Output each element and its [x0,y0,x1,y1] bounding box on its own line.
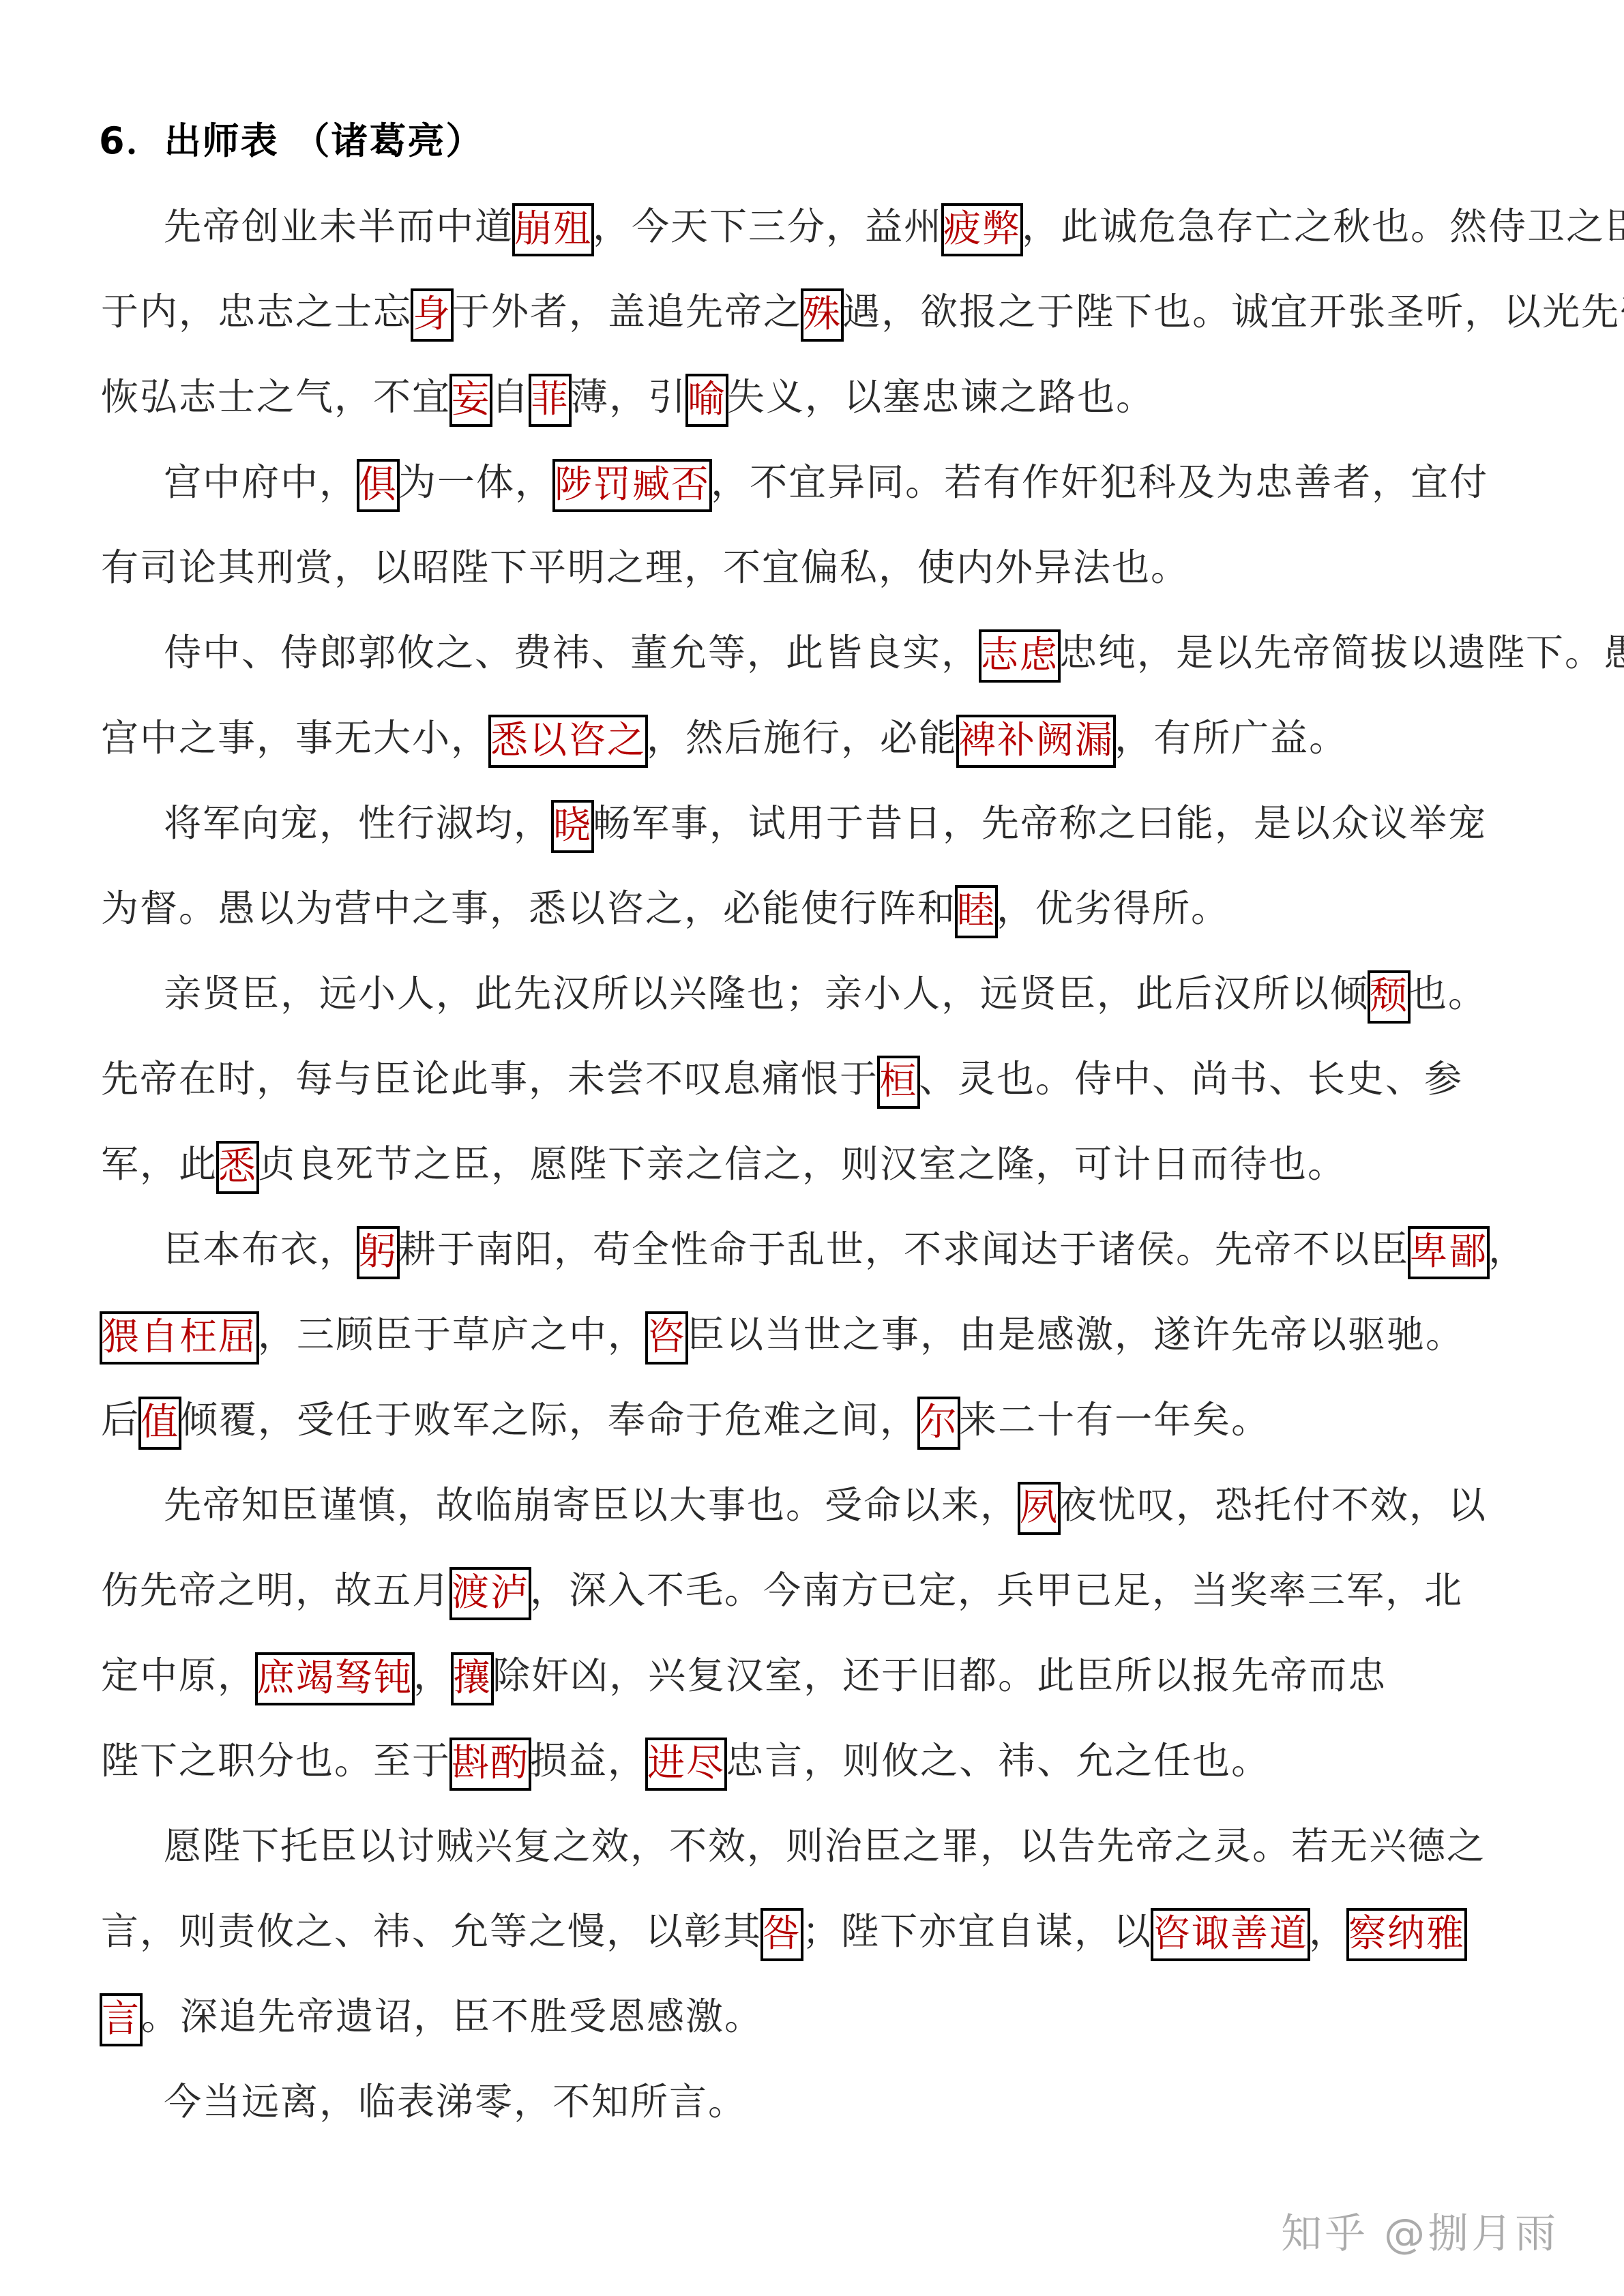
text-segment: 为督。愚以为营中之事，悉以咨之，必能使行阵和 [101,886,956,930]
text-segment: 于内，忠志之士忘 [101,290,412,333]
text-line: 亲贤臣，远小人，此先汉所以兴隆也；亲小人，远贤臣，此后汉所以倾颓也。 [164,966,1487,1021]
highlighted-term: 陟罚臧否 [554,460,711,511]
text-segment: 臣以当世之事，由是感激，遂许先帝以驱驰。 [687,1313,1464,1356]
text-line: 有司论其刑赏，以昭陛下平明之理，不宜偏私，使内外异法也。 [101,540,1190,595]
text-segment: 恢弘志士之气，不宜 [101,375,451,419]
text-segment: 遇，欲报之于陛下也。诚宜开张圣听，以光先帝遗德， [842,290,1624,333]
text-line: 臣本布衣，躬耕于南阳，苟全性命于乱世，不求闻达于诸侯。先帝不以臣卑鄙， [164,1222,1527,1277]
text-segment: ；陛下亦宜自谋，以 [802,1909,1152,1953]
text-segment: ， [413,1654,452,1697]
text-segment: 宫中之事，事无大小， [101,716,490,760]
text-line: 先帝知臣谨慎，故临崩寄臣以大事也。受命以来，夙夜忧叹，恐托付不效，以 [164,1478,1487,1532]
text-line: 于内，忠志之士忘身于外者，盖追先帝之殊遇，欲报之于陛下也。诚宜开张圣听，以光先帝… [101,284,1624,339]
highlighted-term: 妄 [451,375,491,426]
text-line: 定中原，庶竭驽钝，攘除奸凶，兴复汉室，还于旧都。此臣所以报先帝而忠 [101,1648,1387,1703]
text-line: 为督。愚以为营中之事，悉以咨之，必能使行阵和睦，优劣得所。 [101,881,1230,936]
text-line: 猥自枉屈，三顾臣于草庐之中，咨臣以当世之事，由是感激，遂许先帝以驱驰。 [101,1307,1464,1362]
text-line: 军，此悉贞良死节之臣，愿陛下亲之信之，则汉室之隆，可计日而待也。 [101,1137,1346,1191]
highlighted-term: 睦 [956,886,996,937]
text-segment: ，今天下三分，益州 [593,205,943,248]
text-line: 宫中之事，事无大小，悉以咨之，然后施行，必能裨补阙漏，有所广益。 [101,711,1348,765]
highlighted-term: 夙 [1019,1483,1059,1534]
highlighted-term: 裨补阙漏 [958,716,1114,766]
text-segment: 忠纯，是以先帝简拔以遗陛下。愚以为 [1059,631,1624,674]
text-line: 恢弘志士之气，不宜妄自菲薄，引喻失义，以塞忠谏之路也。 [101,370,1155,424]
text-line: 宫中府中，俱为一体，陟罚臧否，不宜异同。若有作奸犯科及为忠善者，宜付 [164,455,1488,509]
highlighted-term: 尔 [919,1398,959,1448]
highlighted-term: 桓 [879,1057,919,1107]
text-segment: ， [1488,1227,1527,1271]
text-segment: 损益， [530,1739,647,1783]
highlighted-term: 喻 [687,375,727,426]
text-line: 今当远离，临表涕零，不知所言。 [164,2074,747,2129]
text-segment: 今当远离，临表涕零，不知所言。 [164,2080,747,2123]
highlighted-term: 崩殂 [514,205,593,255]
text-segment: 伤先帝之明，故五月 [101,1568,451,1612]
text-segment: 臣本布衣， [164,1227,358,1271]
text-segment: 军，此 [101,1142,218,1186]
highlighted-term: 斟酌 [451,1739,530,1789]
text-segment: 有司论其刑赏，以昭陛下平明之理，不宜偏私，使内外异法也。 [101,546,1190,589]
text-line: 愿陛下托臣以讨贼兴复之效，不效，则治臣之罪，以告先帝之灵。若无兴德之 [164,1819,1486,1873]
text-line: 伤先帝之明，故五月渡泸，深入不毛。今南方已定，兵甲已足，当奖率三军，北 [101,1563,1463,1617]
text-segment: 倾覆，受任于败军之际，奉命于危难之间， [180,1398,919,1442]
text-segment: 耕于南阳，苟全性命于乱世，不求闻达于诸侯。先帝不以臣 [398,1227,1409,1271]
text-segment: 定中原， [101,1654,256,1697]
highlighted-term: 躬 [358,1227,398,1278]
highlighted-term: 攘 [452,1654,492,1704]
text-segment: 自 [491,375,530,419]
text-segment: 薄，引 [570,375,687,419]
highlighted-term: 殊 [802,290,842,340]
highlighted-term: 卑鄙 [1409,1227,1488,1278]
highlighted-term: 猥自枉屈 [101,1313,258,1363]
text-segment: 为一体， [398,460,554,504]
highlighted-term: 志虑 [980,631,1059,681]
text-segment: 侍中、侍郎郭攸之、费祎、董允等，此皆良实， [164,631,980,674]
page-title: 6．出师表 （诸葛亮） [99,117,484,165]
text-segment: 于外者，盖追先帝之 [452,290,802,333]
text-segment: ，深入不毛。今南方已定，兵甲已足，当奖率三军，北 [530,1568,1463,1612]
text-segment: 来二十有一年矣。 [959,1398,1270,1442]
highlighted-term: 晓 [552,801,593,852]
highlighted-term: 颓 [1369,972,1409,1022]
highlighted-term: 疲弊 [943,205,1022,255]
text-segment: 亲贤臣，远小人，此先汉所以兴隆也；亲小人，远贤臣，此后汉所以倾 [164,972,1369,1015]
text-segment: ，优劣得所。 [996,886,1230,930]
text-segment: 、灵也。侍中、尚书、长史、参 [919,1057,1463,1101]
text-line: 将军向宠，性行淑均，晓畅军事，试用于昔日，先帝称之曰能，是以众议举宠 [164,796,1487,850]
text-segment: 宫中府中， [164,460,358,504]
document-page: 6．出师表 （诸葛亮） 先帝创业未半而中道崩殂，今天下三分，益州疲弊，此诚危急存… [0,0,1624,2296]
text-segment: 言，则责攸之、祎、允等之慢，以彰其 [101,1909,762,1953]
text-segment: ， [1309,1909,1348,1953]
text-line: 后值倾覆，受任于败军之际，奉命于危难之间，尔来二十有一年矣。 [101,1392,1270,1447]
text-segment: 先帝知臣谨慎，故临崩寄臣以大事也。受命以来， [164,1483,1019,1527]
text-segment: 后 [101,1398,140,1442]
text-line: 先帝在时，每与臣论此事，未尝不叹息痛恨于桓、灵也。侍中、尚书、长史、参 [101,1052,1463,1106]
text-line: 言，则责攸之、祎、允等之慢，以彰其咎；陛下亦宜自谋，以咨诹善道，察纳雅 [101,1904,1466,1958]
text-segment: 先帝创业未半而中道 [164,205,514,248]
highlighted-term: 身 [412,290,452,340]
text-segment: ，不宜异同。若有作奸犯科及为忠善者，宜付 [711,460,1488,504]
text-line: 言。深追先帝遗诏，臣不胜受恩感激。 [101,1989,763,2044]
text-segment: 忠言，则攸之、祎、允之任也。 [726,1739,1270,1783]
highlighted-term: 咨诹善道 [1152,1909,1309,1960]
text-segment: ，此诚危急存亡之秋也。然侍卫之臣不 [1022,205,1624,248]
text-line: 侍中、侍郎郭攸之、费祎、董允等，此皆良实，志虑忠纯，是以先帝简拔以遗陛下。愚以为 [164,625,1624,680]
text-segment: 畅军事，试用于昔日，先帝称之曰能，是以众议举宠 [593,801,1487,845]
text-segment: ，三顾臣于草庐之中， [258,1313,647,1356]
text-segment: 将军向宠，性行淑均， [164,801,552,845]
highlighted-term: 悉以咨之 [490,716,647,766]
text-segment: 夜忧叹，恐托付不效，以 [1059,1483,1487,1527]
text-line: 先帝创业未半而中道崩殂，今天下三分，益州疲弊，此诚危急存亡之秋也。然侍卫之臣不懈 [164,199,1624,254]
highlighted-term: 渡泸 [451,1568,530,1619]
highlighted-term: 进尽 [647,1739,726,1789]
text-segment: ，然后施行，必能 [647,716,958,760]
text-segment: 贞良死节之臣，愿陛下亲之信之，则汉室之隆，可计日而待也。 [258,1142,1346,1186]
highlighted-term: 庶竭驽钝 [256,1654,413,1704]
text-segment: 。深追先帝遗诏，臣不胜受恩感激。 [141,1995,763,2038]
text-segment: 陛下之职分也。至于 [101,1739,451,1783]
highlighted-term: 言 [101,1995,141,2045]
text-segment: 失义，以塞忠谏之路也。 [727,375,1155,419]
text-segment: 除奸凶，兴复汉室，还于旧都。此臣所以报先帝而忠 [492,1654,1387,1697]
text-line: 陛下之职分也。至于斟酌损益，进尽忠言，则攸之、祎、允之任也。 [101,1733,1270,1788]
highlighted-term: 菲 [530,375,570,426]
highlighted-term: 察纳雅 [1348,1909,1466,1960]
watermark: 知乎 @捌月雨 [1281,2201,1559,2260]
text-segment: ，有所广益。 [1114,716,1348,760]
highlighted-term: 俱 [358,460,398,511]
highlighted-term: 咨 [647,1313,687,1363]
text-segment: 愿陛下托臣以讨贼兴复之效，不效，则治臣之罪，以告先帝之灵。若无兴德之 [164,1824,1486,1868]
highlighted-term: 值 [140,1398,180,1448]
highlighted-term: 悉 [218,1142,258,1193]
text-segment: 先帝在时，每与臣论此事，未尝不叹息痛恨于 [101,1057,879,1101]
highlighted-term: 咎 [762,1909,802,1960]
text-segment: 也。 [1409,972,1487,1015]
